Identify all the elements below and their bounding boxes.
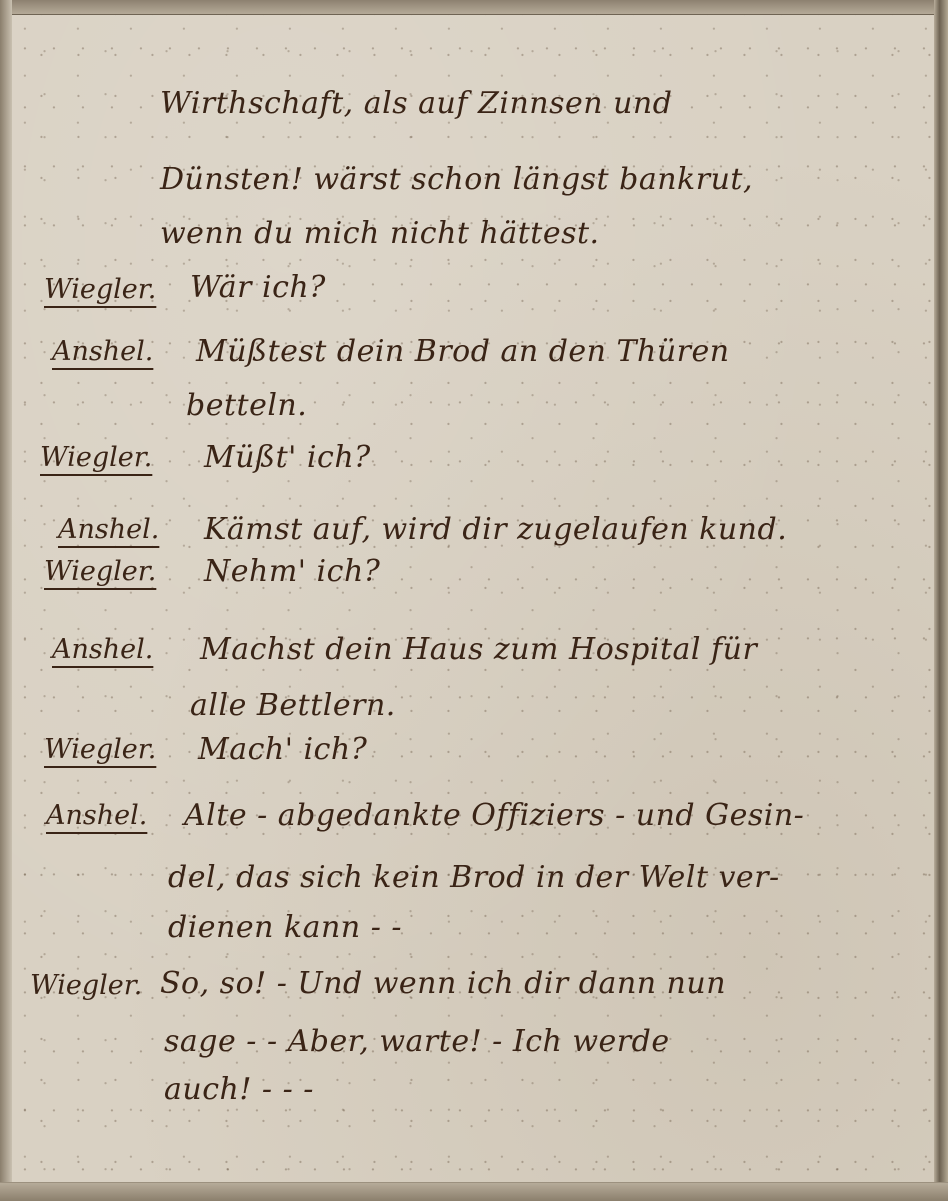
manuscript-line: Wirthschaft, als auf Zinnsen und [160,86,672,121]
page-bottom-edge [0,1182,948,1200]
speaker-label: Wiegler. [44,556,156,587]
manuscript-line: Dünsten! wärst schon längst bankrut, [160,162,753,197]
manuscript-line: del, das sich kein Brod in der Welt ver- [168,860,780,895]
manuscript-line: Müßt' ich? [204,440,371,475]
manuscript-line: betteln. [186,388,307,423]
manuscript-line: So, so! - Und wenn ich dir dann nun [160,966,726,1001]
manuscript-page: Wirthschaft, als auf Zinnsen und Dünsten… [0,0,948,1200]
speaker-label: Wiegler. [30,970,142,1001]
speaker-label: Anshel. [46,800,147,831]
manuscript-line: Kämst auf, wird dir zugelaufen kund. [204,512,787,547]
manuscript-line: wenn du mich nicht hättest. [160,216,600,251]
manuscript-line: Wär ich? [190,270,326,305]
speaker-label: Anshel. [58,514,159,545]
speaker-label: Wiegler. [44,734,156,765]
speaker-label: Anshel. [52,336,153,367]
manuscript-line: auch! - - - [164,1072,314,1107]
speaker-label: Anshel. [52,634,153,665]
speaker-label: Wiegler. [44,274,156,305]
manuscript-line: dienen kann - - [168,910,402,945]
manuscript-line: Machst dein Haus zum Hospital für [200,632,757,667]
manuscript-line: sage - - Aber, warte! - Ich werde [164,1024,670,1059]
manuscript-line: Mach' ich? [198,732,367,767]
manuscript-line: alle Bettlern. [190,688,396,723]
manuscript-line: Müßtest dein Brod an den Thüren [196,334,730,369]
speaker-label: Wiegler. [40,442,152,473]
page-binding-edge [934,0,948,1200]
manuscript-line: Nehm' ich? [204,554,380,589]
page-top-edge [0,0,948,15]
page-left-edge [0,0,12,1200]
manuscript-line: Alte - abgedankte Offiziers - und Gesin- [184,798,804,833]
